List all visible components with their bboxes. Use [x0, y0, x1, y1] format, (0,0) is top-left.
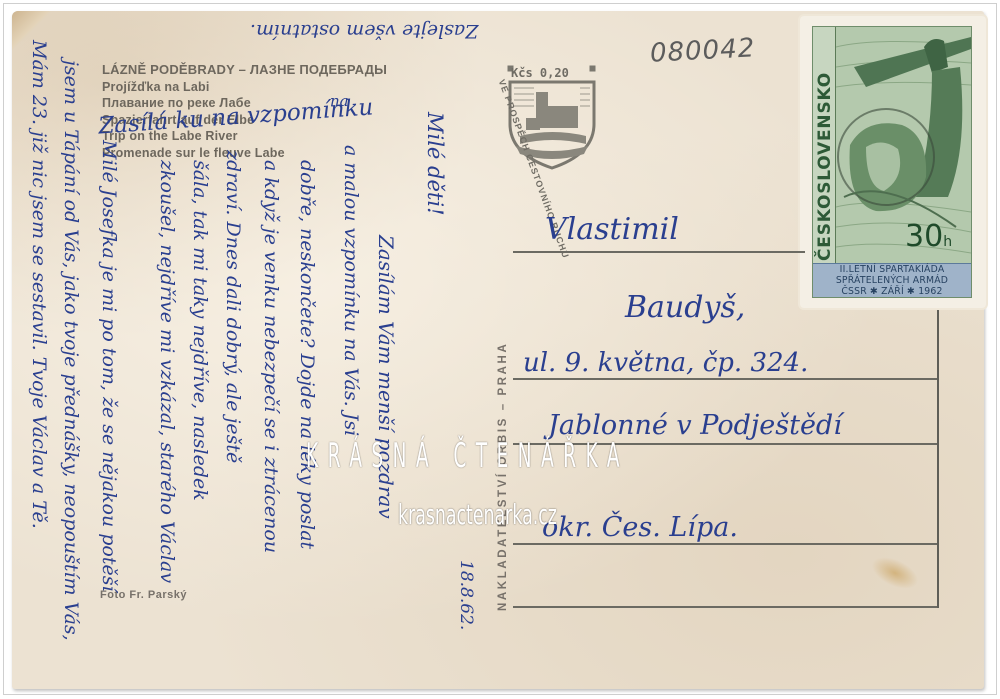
stamp-value: 30h	[905, 219, 952, 254]
address-surname: Baudyš,	[625, 290, 745, 325]
message-line-7: zkoušel, nejdříve mi vzkázal, starého Vá…	[156, 160, 178, 583]
address-line-5-rule	[513, 606, 939, 608]
caption-title: LÁZNĚ PODĚBRADY – ЛАЗНЕ ПОДЕБРАДЫ	[102, 62, 387, 79]
watermark-title: KRÁSNÁ ČTENÁŘKA	[306, 436, 629, 476]
watermark-url: krasnactenarka.cz	[398, 498, 557, 531]
message-line-9: jsem u Tápání od Vás, jako tvoje přednáš…	[60, 60, 82, 641]
address-border	[937, 310, 939, 608]
message-line-10: Mám 23. již nic jsem se sestavil. Tvoje …	[28, 40, 50, 529]
message-overwrite-small: na	[330, 92, 349, 110]
fee-stamp-price: Kčs 0,20	[511, 66, 569, 80]
message-top-upside-down: Zaslejte všem ostatním.	[250, 20, 478, 42]
stamp-country-band: ČESKOSLOVENSKO	[813, 27, 836, 263]
stamp-caption: II.LETNÍ SPARTAKIÁDA SPŘÁTELENÝCH ARMÁD …	[813, 263, 971, 298]
address-line-1-rule	[513, 251, 805, 253]
message-line-2: a malou vzpomínku na Vás. Jsi	[340, 145, 362, 436]
message-greeting: Milé děti!	[423, 112, 447, 216]
address-district: okr. Čes. Lípa.	[542, 512, 738, 543]
message-line-4: a když je venku nebezpečí se i ztrácenou	[260, 160, 282, 553]
address-line-2-rule	[513, 378, 937, 380]
message-line-8: Milé Josefka je mi po tom, že se nějakou…	[98, 140, 120, 592]
message-line-5: zdraví. Dnes dali dobrý, ale ještě	[222, 150, 244, 463]
address-first-name: Vlastimil	[545, 212, 679, 247]
publisher-imprint: NAKLADATELSTVÍ ORBIS – PRAHA	[497, 342, 509, 611]
address-line-4-rule	[513, 543, 937, 545]
message-line-6: šála, tak mi taky nejdříve, nasledek	[189, 160, 211, 501]
message-line-3: dobře, neskončete? Dojde na léky poslat	[296, 160, 318, 549]
postage-stamp: ČESKOSLOVENSKO 30h II.LETNÍ SPARTAKIÁDA …	[800, 16, 986, 308]
serial-number: 080042	[649, 33, 756, 68]
stamp-country: ČESKOSLOVENSKO	[815, 72, 835, 261]
message-date: 18.8.62.	[456, 560, 476, 630]
message-line-1: Zasílám Vám menší pozdrav	[374, 235, 398, 519]
address-street: ul. 9. května, čp. 324.	[523, 348, 808, 378]
